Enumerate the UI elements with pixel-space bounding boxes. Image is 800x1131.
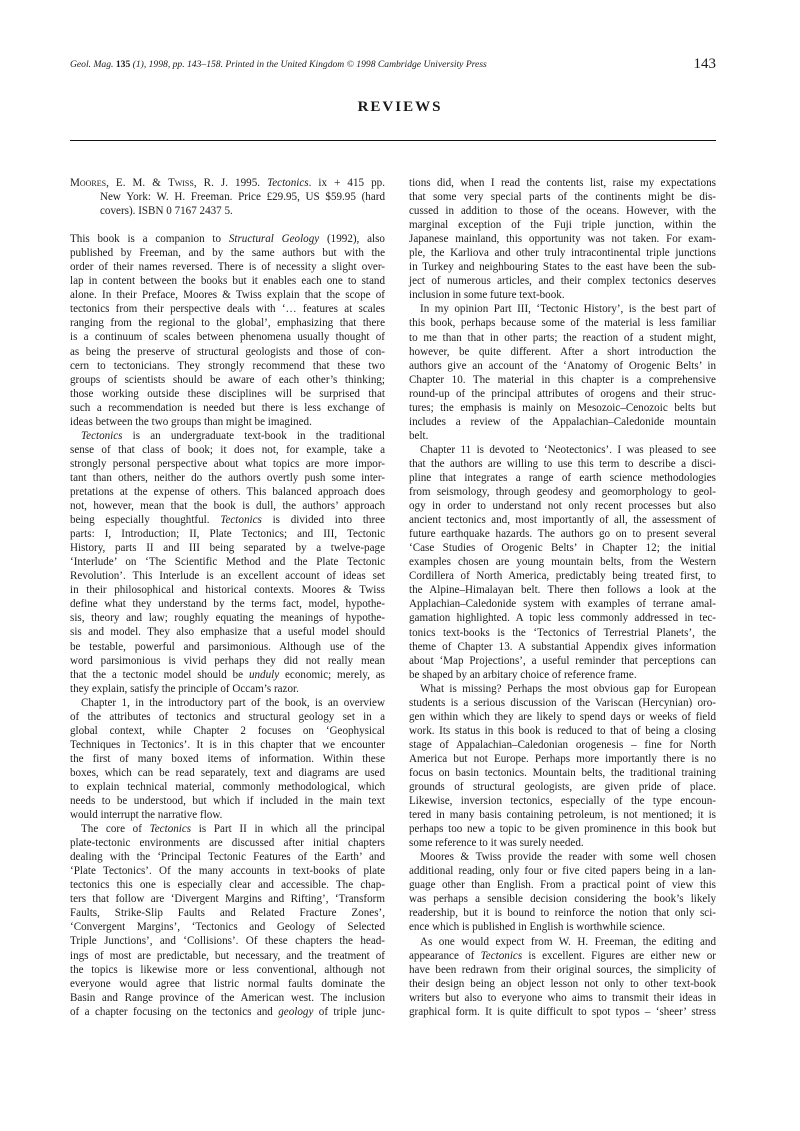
text-line: History, parts II and III being separate…: [70, 541, 385, 555]
text-line: examples chosen are young mountain belts…: [409, 555, 716, 569]
running-head: Geol. Mag. 135 (1), 1998, pp. 143–158. P…: [70, 57, 716, 73]
text-line: Techniques in Tectonics’. It is in this …: [70, 738, 385, 752]
text-line: plate-tectonic environments are discusse…: [70, 836, 385, 850]
journal-issue: (1): [133, 59, 144, 70]
text-line: pretations at the expense of others. Thi…: [70, 485, 385, 499]
text-line: As one would expect from W. H. Freeman, …: [409, 935, 716, 949]
text-line: this book, perhaps because some of the m…: [409, 316, 716, 330]
text-line: the Alpine–Himalayan belt. There then fo…: [409, 583, 716, 597]
text-line: the topics is likewise more or less conv…: [70, 963, 385, 977]
book-reference: Moores, E. M. & Twiss, R. J. 1995. Tecto…: [70, 176, 385, 218]
reference-line-3: covers). ISBN 0 7167 2437 5.: [100, 204, 385, 218]
text-line: gen within which they are likely to spen…: [409, 710, 716, 724]
text-line: is a continuum of scales between phenome…: [70, 330, 385, 344]
text-line: ancient tectonics and, most importantly …: [409, 513, 716, 527]
text-line: round-up of the principal attributes of …: [409, 387, 716, 401]
text-line: ‘Plate Tectonics’. Of the many accounts …: [70, 864, 385, 878]
text-line: ranging from the regional to the global’…: [70, 316, 385, 330]
text-line: to explain technical material, commonly …: [70, 780, 385, 794]
text-line: Cordillera of North America, predictably…: [409, 569, 716, 583]
text-line: The core of Tectonics is Part II in whic…: [70, 822, 385, 836]
author-2: Twiss: [168, 177, 194, 189]
text-line: Japanese mainland, this opportunity was …: [409, 232, 716, 246]
text-line: have been redrawn from their original so…: [409, 963, 716, 977]
text-line: of a chapter focusing on the tectonics a…: [70, 1005, 385, 1019]
text-line: tions did, when I read the contents list…: [409, 176, 716, 190]
text-line: tectonics this one is especially clear a…: [70, 878, 385, 892]
text-line: ters that follow are ‘Divergent Margins …: [70, 892, 385, 906]
horizontal-rule: [70, 140, 716, 141]
text-line: ence which is published in English is wo…: [409, 920, 716, 934]
book-pages: . ix + 415 pp.: [309, 177, 385, 189]
text-line: that the a tectonic model should be undu…: [70, 668, 385, 682]
text-line: guage other than English. From a practic…: [409, 878, 716, 892]
text-line: order of their names reversed. There is …: [70, 260, 385, 274]
text-line: tered in many basis containing petroleum…: [409, 808, 716, 822]
text-line: those working outside these disciplines …: [70, 387, 385, 401]
text-line: some reference to it was surely needed.: [409, 836, 716, 850]
text-line: America but not Europe. Perhaps more imp…: [409, 752, 716, 766]
text-line: work. Its status in this book is reduced…: [409, 724, 716, 738]
text-line: Chapter 11 is devoted to ‘Neotectonics’.…: [409, 443, 716, 457]
text-line: their design being an object lesson not …: [409, 977, 716, 991]
text-line: to me than that in other parts; the reac…: [409, 331, 716, 345]
text-line: marginal exception of the Fuji triple ju…: [409, 218, 716, 232]
text-line: alone. In their Preface, Moores & Twiss …: [70, 288, 385, 302]
text-line: published by Freeman, and by the same au…: [70, 246, 385, 260]
text-line: sis, theory and law; roughly equating th…: [70, 611, 385, 625]
text-line: ple, the Karliova and other truly intrac…: [409, 246, 716, 260]
text-line: writers but also to everyone who aims to…: [409, 991, 716, 1005]
text-line: Moores & Twiss provide the reader with s…: [409, 850, 716, 864]
text-line: Chapter 10. The material in this chapter…: [409, 373, 716, 387]
text-line: graphical form. It is quite difficult to…: [409, 1005, 716, 1019]
text-line: cussed in addition to those of the ocean…: [409, 204, 716, 218]
text-line: lap in content between the books but it …: [70, 274, 385, 288]
text-line: belt.: [409, 429, 716, 443]
text-line: Basin and Range province of the American…: [70, 991, 385, 1005]
text-line: cern to tectonicians. They strongly reco…: [70, 359, 385, 373]
text-line: grounds of structural geologists, are gi…: [409, 780, 716, 794]
book-title: Tectonics: [267, 177, 309, 189]
journal-citation: Geol. Mag. 135 (1), 1998, pp. 143–158. P…: [70, 59, 487, 70]
text-line: Likewise, inversion tectonics, especiall…: [409, 794, 716, 808]
text-line: pline that integrates a range of earth s…: [409, 471, 716, 485]
text-line: everyone would agree that listric normal…: [70, 977, 385, 991]
text-line: ings of most are predictable, but necess…: [70, 949, 385, 963]
text-line: in their philosophical and historical co…: [70, 583, 385, 597]
text-line: appearance of Tectonics is excellent. Fi…: [409, 949, 716, 963]
text-line: of the attributes of tectonics and struc…: [70, 710, 385, 724]
text-line: ‘Interlude’ on ‘The Scientific Method an…: [70, 555, 385, 569]
text-line: Applachian–Caledonide system with exampl…: [409, 597, 716, 611]
text-line: be shaped by an arbitary choice of refer…: [409, 668, 716, 682]
text-line: authors give an account of the ‘Anatomy …: [409, 359, 716, 373]
reference-line-1: Moores, E. M. & Twiss, R. J. 1995. Tecto…: [100, 176, 385, 190]
text-line: ‘Convergent Margins’, ‘Tectonics and Geo…: [70, 920, 385, 934]
text-line: tures; the emphasis is mainly on Mesozoi…: [409, 401, 716, 415]
text-line: additional reading, only four or five ci…: [409, 864, 716, 878]
right-column: tions did, when I read the contents list…: [409, 176, 716, 1019]
text-line: theme of Chapter 13. A substantial Appen…: [409, 640, 716, 654]
text-line: they explain, satisfy the principle of O…: [70, 682, 385, 696]
text-line: tectonics from their perspective deals w…: [70, 302, 385, 316]
text-line: ject of numerous articles, and their com…: [409, 274, 716, 288]
text-line: such a recommendation is needed but ther…: [70, 401, 385, 415]
text-line: about ‘Map Projections’, a useful remind…: [409, 654, 716, 668]
text-line: boxes, which can be read separately, tex…: [70, 766, 385, 780]
journal-volume: 135: [116, 59, 130, 70]
text-line: ogy in order to understand not only rece…: [409, 499, 716, 513]
text-line: Revolution’. This Interlude is an excell…: [70, 569, 385, 583]
text-line: Tectonics is an undergraduate text-book …: [70, 429, 385, 443]
right-column-body: tions did, when I read the contents list…: [409, 176, 716, 1019]
text-line: Triple Junctions’, and ‘Collisions’. Of …: [70, 934, 385, 948]
author-1: Moores: [70, 177, 106, 189]
text-line: inclusion in some future text-book.: [409, 288, 716, 302]
text-line: sense of that class of book; it does not…: [70, 443, 385, 457]
left-column: Moores, E. M. & Twiss, R. J. 1995. Tecto…: [70, 176, 385, 1019]
text-line: would interrupt the narrative flow.: [70, 808, 385, 822]
text-line: word parsimonious is vivid perhaps they …: [70, 654, 385, 668]
text-line: dealing with the ‘Principal Tectonic Fea…: [70, 850, 385, 864]
text-line: future earthquake hazards. The authors g…: [409, 527, 716, 541]
text-line: perhaps too new a topic to be given prom…: [409, 822, 716, 836]
text-line: in Turkey and neighbouring States to the…: [409, 260, 716, 274]
reference-line-2: New York: W. H. Freeman. Price £29.95, U…: [100, 190, 385, 204]
text-line: be testable, powerful and parsimonious. …: [70, 640, 385, 654]
text-line: gamation highlighted. A topic less commo…: [409, 611, 716, 625]
text-line: as being the preserve of structural geol…: [70, 345, 385, 359]
text-line: In my opinion Part III, ‘Tectonic Histor…: [409, 302, 716, 316]
left-column-body: This book is a companion to Structural G…: [70, 232, 385, 1019]
text-line: stage of Appalachian–Caledonian orogenes…: [409, 738, 716, 752]
text-line: ideas between the two groups than might …: [70, 415, 385, 429]
text-line: Chapter 1, in the introductory part of t…: [70, 696, 385, 710]
text-line: was perhaps a sensible decision consider…: [409, 892, 716, 906]
page-number: 143: [694, 56, 717, 73]
text-line: the first of many boxed items of informa…: [70, 752, 385, 766]
author-1-initials: , E. M. &: [106, 177, 168, 189]
text-line: that some very special parts of the cont…: [409, 190, 716, 204]
text-line: that the authors are willing to use this…: [409, 457, 716, 471]
text-line: global context, while Chapter 2 focuses …: [70, 724, 385, 738]
text-line: tonics text-books is the ‘Tectonics of T…: [409, 626, 716, 640]
text-line: needs to be understood, but which if inc…: [70, 794, 385, 808]
text-line: What is missing? Perhaps the most obviou…: [409, 682, 716, 696]
author-2-initials-year: , R. J. 1995.: [194, 177, 267, 189]
text-line: strongly personal perspective about what…: [70, 457, 385, 471]
text-line: students is a serious discussion of the …: [409, 696, 716, 710]
journal-name: Geol. Mag.: [70, 59, 113, 70]
text-line: readership, but it is bound to reinforce…: [409, 906, 716, 920]
text-line: being especially thoughtful. Tectonics i…: [70, 513, 385, 527]
text-line: ‘Case Studies of Orogenic Belts’ in Chap…: [409, 541, 716, 555]
text-line: tant than others, neither do the authors…: [70, 471, 385, 485]
text-line: not, however, mean that the book is dull…: [70, 499, 385, 513]
text-line: parts: I, Introduction; II, Plate Tecton…: [70, 527, 385, 541]
text-line: includes a review of the Appalachian–Cal…: [409, 415, 716, 429]
text-line: define what they understand by the terms…: [70, 597, 385, 611]
text-line: sis and model. They also emphasize that …: [70, 625, 385, 639]
text-line: Faults, Strike-Slip Faults and Related F…: [70, 906, 385, 920]
section-title: REVIEWS: [0, 99, 800, 116]
text-line: however, be quite different. After a sho…: [409, 345, 716, 359]
text-line: This book is a companion to Structural G…: [70, 232, 385, 246]
text-line: from seismology, through geodesy and geo…: [409, 485, 716, 499]
text-line: focus on basin tectonics. Mountain belts…: [409, 766, 716, 780]
publication-info: , 1998, pp. 143–158. Printed in the Unit…: [144, 59, 487, 70]
text-line: groups of scientists should be aware of …: [70, 373, 385, 387]
